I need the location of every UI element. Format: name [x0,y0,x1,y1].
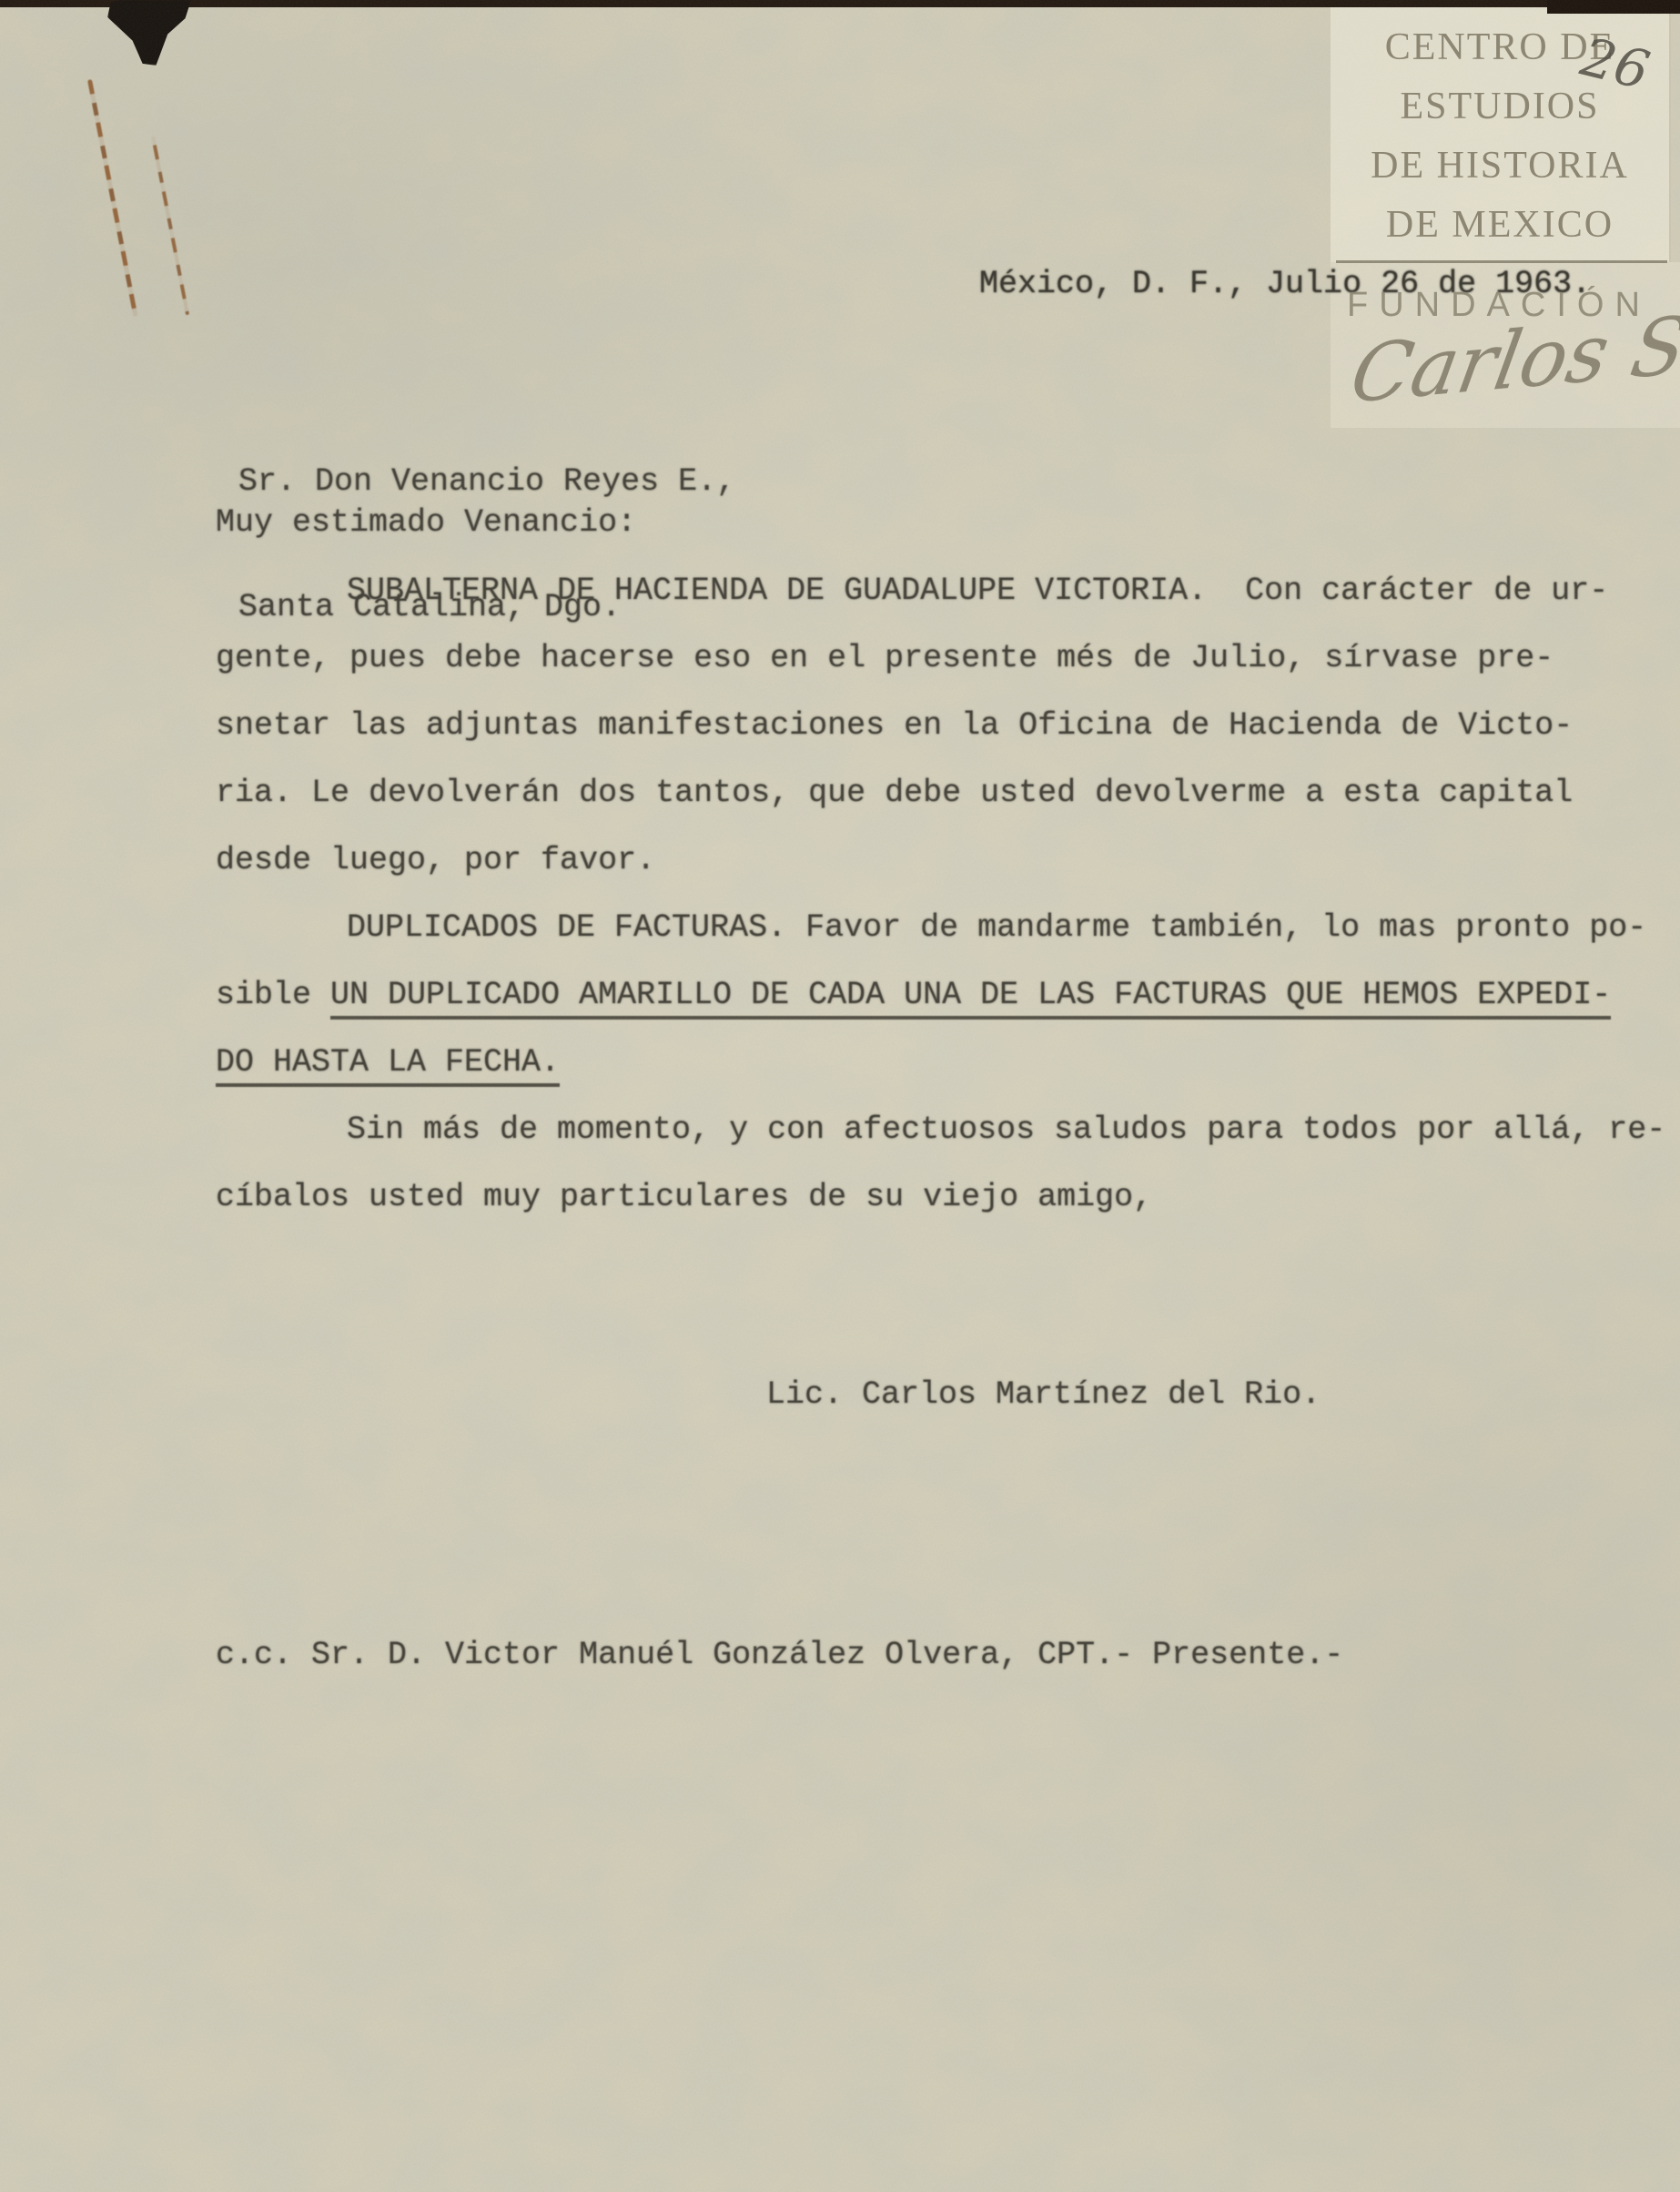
text-segment: snetar las adjuntas manifestaciones en l… [216,707,1573,744]
recipient-line: Sr. Don Venancio Reyes E., [238,461,735,502]
text-segment: cíbalos usted muy particulares de su vie… [216,1179,1152,1215]
body-line: cíbalos usted muy particulares de su vie… [216,1163,1680,1231]
body-line: snetar las adjuntas manifestaciones en l… [216,692,1680,759]
watermark-divider-rule [1336,260,1667,263]
underlined-segment: UN DUPLICADO AMARILLO DE CADA UNA DE LAS… [330,977,1611,1020]
cc-line: c.c. Sr. D. Victor Manuél González Olver… [216,1637,1343,1673]
text-segment: Sin más de momento, y con afectuosos sal… [347,1111,1665,1148]
body-line: SUBALTERNA DE HACIENDA DE GUADALUPE VICT… [216,557,1680,624]
scanned-letter-page: { "document": { "archive_stamp": { "line… [0,0,1680,2192]
watermark-line: DE MEXICO [1331,196,1669,255]
salutation: Muy estimado Venancio: [216,504,636,541]
underlined-segment: DO HASTA LA FECHA. [216,1044,560,1087]
signature-line: Lic. Carlos Martínez del Rio. [766,1376,1321,1413]
body-line: ria. Le devolverán dos tantos, que debe … [216,759,1680,827]
letter-body: SUBALTERNA DE HACIENDA DE GUADALUPE VICT… [216,557,1680,1231]
body-line: DUPLICADOS DE FACTURAS. Favor de mandarm… [216,894,1680,961]
text-segment: ria. Le devolverán dos tantos, que debe … [216,775,1573,811]
text-segment: DUPLICADOS DE FACTURAS. Favor de mandarm… [347,909,1646,946]
text-segment: desde luego, por favor. [216,842,655,878]
body-line: gente, pues debe hacerse eso en el prese… [216,624,1680,692]
text-segment: SUBALTERNA DE HACIENDA DE GUADALUPE VICT… [347,573,1608,609]
text-segment: sible [216,977,330,1013]
body-line: sible UN DUPLICADO AMARILLO DE CADA UNA … [216,961,1680,1029]
body-line: desde luego, por favor. [216,827,1680,894]
watermark-line: DE HISTORIA [1331,137,1669,196]
body-line: Sin más de momento, y con afectuosos sal… [216,1096,1680,1163]
text-segment: gente, pues debe hacerse eso en el prese… [216,640,1553,676]
body-line: DO HASTA LA FECHA. [216,1029,1680,1096]
